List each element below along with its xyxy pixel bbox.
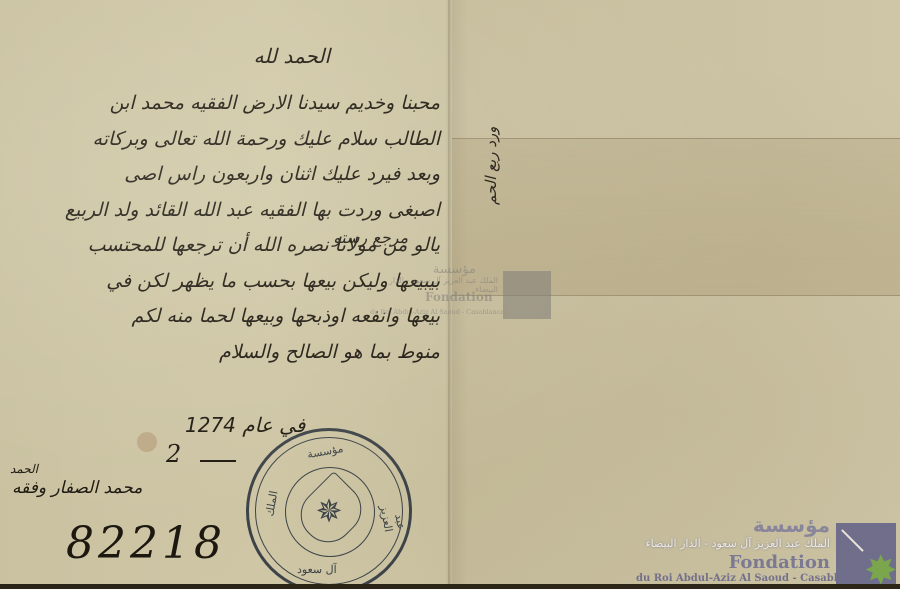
date-prefix: في عام: [242, 413, 305, 437]
watermark: مؤسسة الملك عبد العزيز آل سعود - الدار ا…: [370, 262, 552, 324]
side-note: مرجع رستو: [333, 228, 408, 247]
signature-annotation: الحمد: [10, 462, 38, 476]
logo-arabic-subtitle: الملك عبد العزيز آل سعود - الدار البيضاء: [645, 537, 830, 550]
logo-french-subtitle: du Roi Abdul-Aziz Al Saoud - Casablanca: [636, 573, 864, 584]
seal-text-right: عبد العزيز: [376, 495, 408, 533]
vertical-note: ورد ربع الحم: [482, 126, 500, 205]
seal-star-icon: ✵: [311, 493, 347, 529]
seal-text-bottom: آل سعود: [297, 563, 337, 576]
foundation-logo: مؤسسة الملك عبد العزيز آل سعود - الدار ا…: [636, 513, 900, 589]
letter-line: وبعد فيرد عليك اثنان واربعون راس اصى: [0, 157, 440, 193]
seal-stamp: ✵ مؤسسة الملك عبد العزيز آل سعود: [246, 428, 412, 589]
watermark-french-subtitle: du Roi Abdul-Aziz Al Saoud - Casablanca: [370, 308, 504, 316]
paper-stain: [137, 432, 157, 452]
manuscript-page: الحمد لله محبنا وخديم سيدنا الارض الفقيه…: [0, 0, 900, 589]
signature: محمد الصفار وفقه: [12, 478, 142, 498]
logo-arabic-title: مؤسسة: [753, 513, 830, 537]
marginal-mark: 2: [166, 440, 181, 468]
watermark-french-title: Fondation: [425, 290, 493, 304]
scan-edge: [0, 584, 900, 589]
letter-line: اصبغى وردت بها الفقيه عبد الله القائد ول…: [0, 193, 440, 229]
date-year: 1274: [185, 413, 236, 437]
logo-french-title: Fondation: [729, 552, 830, 573]
catalog-number: 82218: [66, 518, 226, 569]
letter-line: منوط بما هو الصالح والسلام: [0, 335, 440, 371]
letter-line: الطالب سلام عليك ورحمة الله تعالى وبركات…: [0, 122, 440, 158]
watermark-logo-icon: [503, 271, 551, 319]
letter-line: محبنا وخديم سيدنا الارض الفقيه محمد ابن: [0, 86, 440, 122]
watermark-arabic-title: مؤسسة: [433, 262, 476, 277]
document-heading: الحمد لله: [254, 44, 330, 68]
date-line: 1274 في عام: [185, 413, 305, 437]
